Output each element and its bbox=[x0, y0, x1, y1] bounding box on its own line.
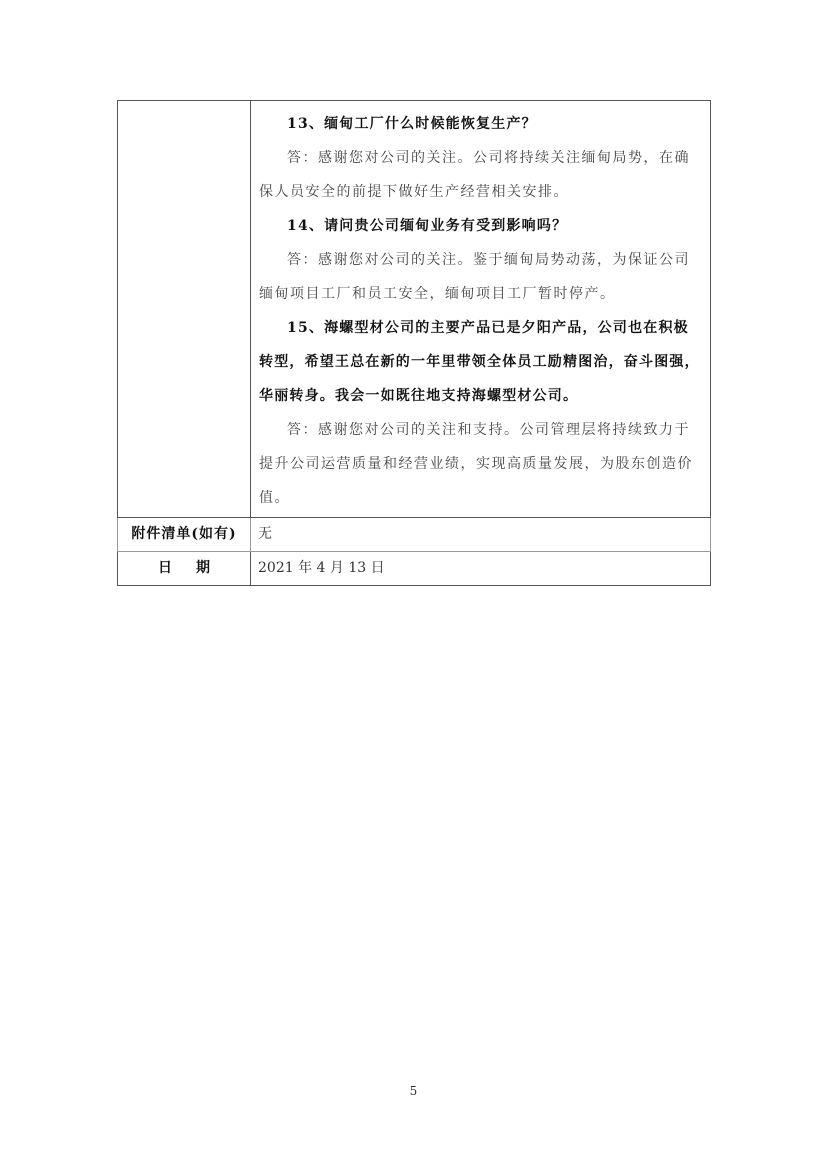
date-label: 日期 bbox=[118, 552, 250, 585]
attachments-row: 附件清单(如有) 无 bbox=[118, 518, 711, 552]
answer-15: 答：感谢您对公司的关注和支持。公司管理层将持续致力于提升公司运营质量和经营业绩，… bbox=[259, 413, 703, 515]
qa-content-cell: 13、缅甸工厂什么时候能恢复生产？ 答：感谢您对公司的关注。公司将持续关注缅甸局… bbox=[251, 101, 711, 518]
question-13: 13、缅甸工厂什么时候能恢复生产？ bbox=[259, 107, 703, 141]
document-page: 13、缅甸工厂什么时候能恢复生产？ 答：感谢您对公司的关注。公司将持续关注缅甸局… bbox=[0, 0, 827, 1169]
date-value-cell: 2021 年 4 月 13 日 bbox=[251, 552, 711, 586]
investor-qa-table: 13、缅甸工厂什么时候能恢复生产？ 答：感谢您对公司的关注。公司将持续关注缅甸局… bbox=[117, 100, 711, 586]
attachments-value: 无 bbox=[251, 518, 710, 551]
date-value: 2021 年 4 月 13 日 bbox=[251, 552, 710, 585]
attachments-label-cell: 附件清单(如有) bbox=[118, 518, 251, 552]
question-14: 14、请问贵公司缅甸业务有受到影响吗？ bbox=[259, 209, 703, 243]
question-15: 15、海螺型材公司的主要产品已是夕阳产品，公司也在积极转型，希望王总在新的一年里… bbox=[259, 311, 703, 413]
date-row: 日期 2021 年 4 月 13 日 bbox=[118, 552, 711, 586]
attachments-value-cell: 无 bbox=[251, 518, 711, 552]
page-number: 5 bbox=[0, 1084, 827, 1098]
answer-13: 答：感谢您对公司的关注。公司将持续关注缅甸局势，在确保人员安全的前提下做好生产经… bbox=[259, 141, 703, 209]
qa-row: 13、缅甸工厂什么时候能恢复生产？ 答：感谢您对公司的关注。公司将持续关注缅甸局… bbox=[118, 101, 711, 518]
qa-label-cell bbox=[118, 101, 251, 518]
answer-14: 答：感谢您对公司的关注。鉴于缅甸局势动荡，为保证公司缅甸项目工厂和员工安全，缅甸… bbox=[259, 243, 703, 311]
date-label-cell: 日期 bbox=[118, 552, 251, 586]
attachments-label: 附件清单(如有) bbox=[118, 518, 250, 551]
